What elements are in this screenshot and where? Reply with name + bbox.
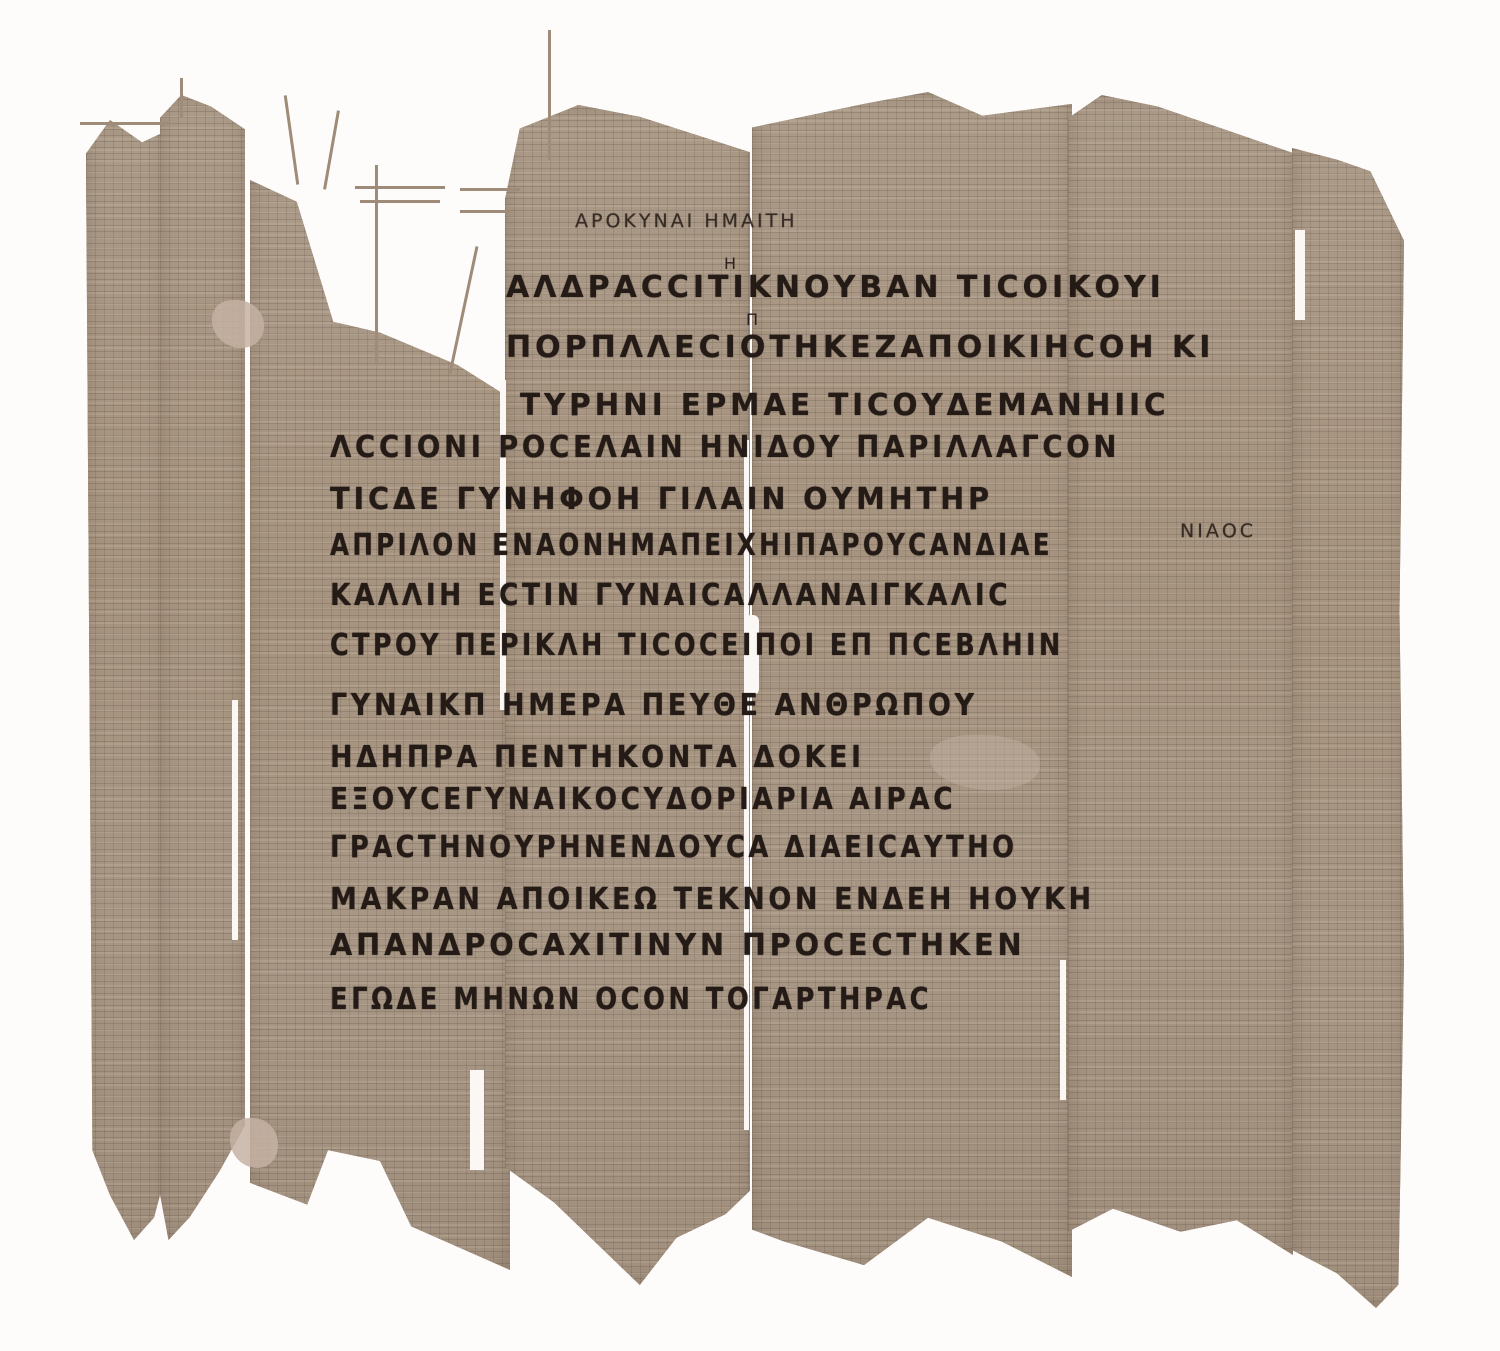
fiber [460,188,520,191]
text-line-13: ΜΑΚΡΑΝ ΑΠΟΙΚΕΩ ΤΕΚΝΟΝ ΕΝΔΕΗ ΗΟΥΚΗ [330,882,1095,917]
text-line-2: ΠΟΡΠΛΛΕCΙΟΤΗΚΕΖΑΠΟΙΚΙΗCΟΗ ΚΙ [506,330,1214,365]
papyrus-strip-far-right [1292,148,1404,1308]
fiber [548,30,551,160]
photograph: ΑΡΟΚΥΝΑΙ ΗΜΑΙΤΗ Η Π ΑΛΔΡΑCCΙΤΙΚΝΟΥΒΑΝ ΤΙ… [0,0,1500,1351]
crack [232,700,238,940]
papyrus-strip-right [1068,95,1293,1255]
text-line-8: CΤΡΟΥ ΠΕΡΙΚΛΗ ΤΙCΟCΕΙΠΟΙ ΕΠ ΠCΕΒΛΗΙΝ [330,628,1064,663]
margin-note: ΝΙΑΟC [1180,520,1256,542]
crack [1295,230,1305,320]
text-line-12: ΓΡΑCΤΗΝΟΥΡΗΝΕΝΔΟΥCΑ ΔΙΑΕΙCΑΥΤΗΟ [330,830,1018,865]
text-line-10: ΗΔΗΠΡΑ ΠΕΝΤΗΚΟΝΤΑ ΔΟΚΕΙ [330,740,865,775]
text-line-11: ΕΞΟΥCΕΓΥΝΑΙΚΟCΥΔΟΡΙΑΡΙΑ ΑΙΡΑC [330,782,956,817]
fiber [449,246,479,374]
crack [470,1070,484,1170]
fiber [80,122,170,125]
fiber [323,110,340,189]
fiber [460,210,510,213]
fiber [375,165,378,365]
fiber [284,95,299,185]
patch [230,1118,278,1168]
text-line-9: ΓΥΝΑΙΚΠ ΗΜΕΡΑ ΠΕΥΘΕ ΑΝΘΡΩΠΟΥ [330,688,978,723]
heading-line: ΑΡΟΚΥΝΑΙ ΗΜΑΙΤΗ [575,210,798,232]
papyrus-strip-left [160,95,245,1240]
text-line-3: ΤΥΡΗΝΙ ΕΡΜΑΕ ΤΙCΟΥΔΕΜΑΝΗΙΙC [520,388,1169,423]
papyrus-strip-far-left [86,120,166,1240]
text-line-14: ΑΠΑΝΔΡΟCΑΧΙΤΙΝΥΝ ΠΡΟCΕCΤΗΚΕΝ [330,928,1025,963]
text-line-15: ΕΓΩΔΕ ΜΗΝΩΝ ΟCΟΝ ΤΟΓΑΡΤΗΡΑC [330,982,932,1017]
text-line-5: ΤΙCΔΕ ΓΥΝΗΦΟΗ ΓΙΛΑΙΝ ΟΥΜΗΤΗΡ [330,482,993,517]
fiber [360,200,440,203]
fiber [355,186,445,189]
fiber [180,78,183,118]
text-line-4: ΛCCΙΟΝΙ ΡΟCΕΛΑΙΝ ΗΝΙΔΟΥ ΠΑΡΙΛΛΑΓCΟΝ [330,430,1120,465]
text-line-6: ΑΠΡΙΛΟΝ ΕΝΑΟΝΗΜΑΠΕΙΧΗΙΠΑΡΟΥCΑΝΔΙΑΕ [330,528,1053,563]
text-line-1: ΑΛΔΡΑCCΙΤΙΚΝΟΥΒΑΝ ΤΙCΟΙΚΟΥΙ [506,270,1165,305]
text-line-7: ΚΑΛΛΙΗ ΕCΤΙΝ ΓΥΝΑΙCΑΛΛΑΝΑΙΓΚΑΛΙC [330,578,1011,613]
crack [1060,960,1066,1100]
interlinear-note: Π [746,310,758,329]
